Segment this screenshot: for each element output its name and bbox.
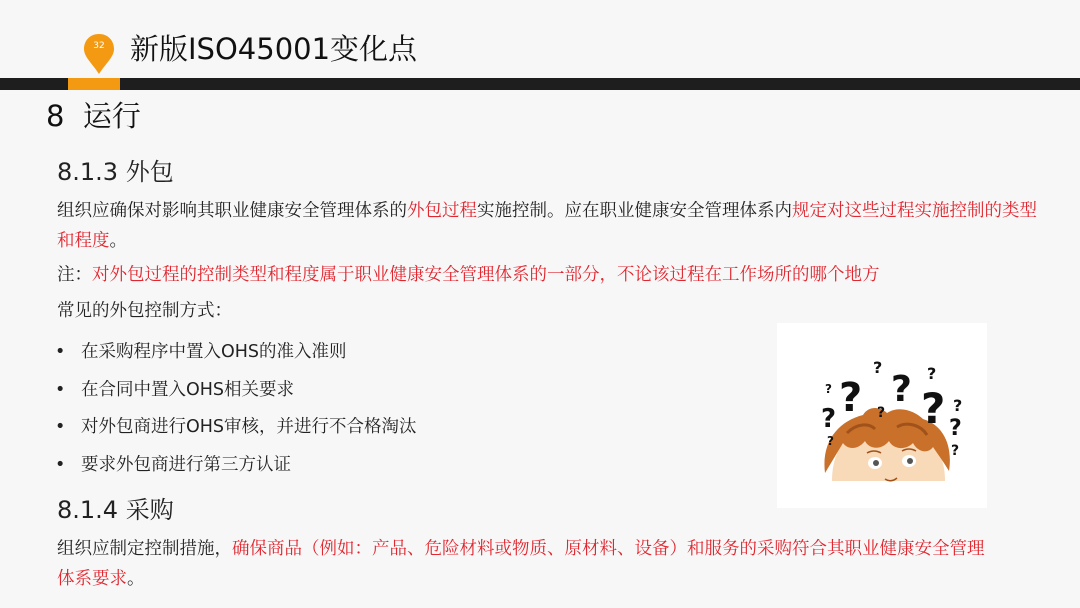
bullet-icon: •: [55, 372, 81, 410]
section-heading-outsourcing: 8.1.3 外包: [57, 156, 174, 188]
header-bar-accent: [68, 78, 120, 90]
list-item-text: 在采购程序中置入OHS的准入准则: [81, 334, 347, 372]
svg-text:?: ?: [951, 443, 959, 459]
list-item: •要求外包商进行第三方认证: [55, 447, 417, 485]
list-item: •在合同中置入OHS相关要求: [55, 372, 417, 410]
page-title: 新版ISO45001变化点: [130, 30, 417, 68]
svg-text:?: ?: [839, 375, 862, 421]
outsourcing-paragraph: 组织应确保对影响其职业健康安全管理体系的外包过程实施控制。应在职业健康安全管理体…: [57, 196, 1047, 256]
highlight-segment: 外包过程: [407, 201, 477, 221]
text-segment: 组织应制定控制措施，: [57, 539, 232, 559]
list-item: •对外包商进行OHS审核，并进行不合格淘汰: [55, 409, 417, 447]
bullet-icon: •: [55, 409, 81, 447]
svg-text:?: ?: [953, 396, 962, 415]
list-item-text: 要求外包商进行第三方认证: [81, 447, 291, 485]
chapter-title: 8 运行: [46, 96, 141, 136]
svg-text:?: ?: [827, 434, 834, 448]
svg-text:?: ?: [921, 384, 945, 433]
note-paragraph: 注：对外包过程的控制类型和程度属于职业健康安全管理体系的一部分，不论该过程在工作…: [57, 260, 1047, 290]
bullet-icon: •: [55, 447, 81, 485]
map-pin-icon: [82, 33, 116, 75]
list-item-text: 在合同中置入OHS相关要求: [81, 372, 294, 410]
text-segment: 组织应确保对影响其职业健康安全管理体系的: [57, 201, 407, 221]
outsourcing-control-list: •在采购程序中置入OHS的准入准则 •在合同中置入OHS相关要求 •对外包商进行…: [55, 334, 417, 484]
svg-text:?: ?: [891, 369, 912, 410]
confused-boy-icon: ? ? ? ? ? ? ? ? ? ? ? ?: [777, 323, 987, 508]
text-segment: 。: [110, 231, 128, 251]
list-item-text: 对外包商进行OHS审核，并进行不合格淘汰: [81, 409, 417, 447]
bullet-icon: •: [55, 334, 81, 372]
svg-text:?: ?: [873, 358, 882, 377]
svg-text:?: ?: [927, 364, 936, 383]
header-bar: [0, 78, 1080, 90]
note-text: 对外包过程的控制类型和程度属于职业健康安全管理体系的一部分，不论该过程在工作场所…: [92, 265, 880, 285]
text-segment: 。: [127, 569, 145, 589]
svg-text:?: ?: [877, 405, 885, 421]
list-intro: 常见的外包控制方式：: [57, 296, 1047, 326]
section-heading-procurement: 8.1.4 采购: [57, 494, 174, 526]
text-segment: 实施控制。应在职业健康安全管理体系内: [477, 201, 792, 221]
list-item: •在采购程序中置入OHS的准入准则: [55, 334, 417, 372]
procurement-paragraph: 组织应制定控制措施，确保商品（例如：产品、危险材料或物质、原材料、设备）和服务的…: [57, 534, 997, 594]
svg-text:?: ?: [825, 382, 832, 396]
svg-text:?: ?: [821, 404, 836, 434]
note-label: 注：: [57, 265, 92, 285]
confused-boy-illustration: ? ? ? ? ? ? ? ? ? ? ? ?: [777, 323, 987, 508]
svg-text:?: ?: [949, 416, 962, 441]
page-number: 32: [82, 41, 116, 51]
